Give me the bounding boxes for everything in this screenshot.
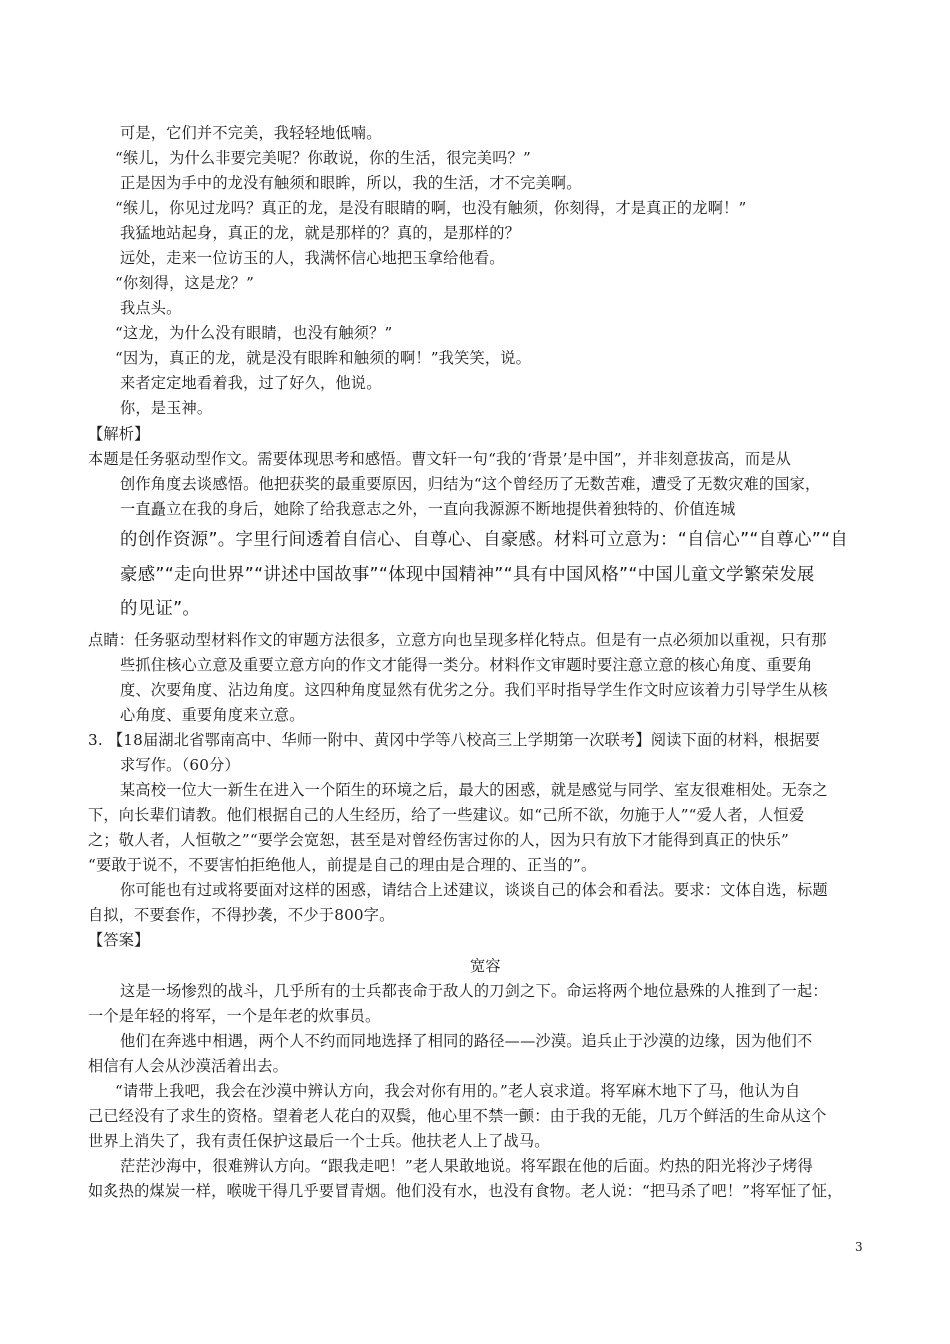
essay-line: 己已经没有了求生的资格。望着老人花白的双鬓，他心里不禁一颤：由于我的无能，几万个… [88, 1106, 827, 1126]
essay-line: 世界上消失了，我有责任保护这最后一个士兵。他扶老人上了战马。 [88, 1131, 550, 1151]
story-line: 我点头。 [120, 298, 182, 318]
document-page: 可是，它们并不完美，我轻轻地低喃。 “缑儿，为什么非要完美呢？你敢说，你的生活，… [0, 0, 950, 1344]
comment-line: 点睛：任务驱动型材料作文的审题方法很多，立意方向也呈现多样化特点。但是有一点必须… [88, 630, 827, 650]
essay-line: 如炙热的煤炭一样，喉咙干得几乎要冒青烟。他们没有水，也没有食物。老人说：“把马杀… [88, 1181, 843, 1201]
story-line: 可是，它们并不完美，我轻轻地低喃。 [120, 123, 382, 143]
answer-label: 【答案】 [88, 930, 150, 950]
analysis-line: 本题是任务驱动型作文。需要体现思考和感悟。曹文轩一句“我的‘背景’是中国”，并非… [88, 449, 791, 469]
analysis-line: 创作角度去谈感悟。他把获奖的最重要原因，归结为“这个曾经历了无数苦难，遭受了无数… [120, 474, 820, 494]
question-line: 某高校一位大一新生在进入一个陌生的环境之后，最大的困惑，就是感觉与同学、室友很难… [120, 780, 828, 800]
essay-line: 他们在奔逃中相遇，两个人不约而同地选择了相同的路径——沙漠。追兵止于沙漠的边缘，… [120, 1031, 812, 1051]
comment-line: 些抓住核心立意及重要立意方向的作文才能得一类分。材料作文审题时要注意立意的核心角… [120, 655, 812, 675]
analysis-bold-line: 的创作资源”。字里行间透着自信心、自尊心、自豪感。材料可立意为：“自信心”“自尊… [120, 527, 848, 553]
analysis-bold-line: 的见证”。 [120, 596, 200, 622]
comment-line: 度、次要角度、沾边角度。这四种角度显然有优劣之分。我们平时指导学生作文时应该着力… [120, 680, 828, 700]
comment-line: 心角度、重要角度来立意。 [120, 705, 305, 725]
question-line: 求写作。（60分） [120, 755, 240, 775]
story-line: 你，是玉神。 [120, 398, 212, 418]
story-line: 我猛地站起身，真正的龙，就是那样的？真的，是那样的？ [120, 223, 520, 243]
essay-line: 这是一场惨烈的战斗，几乎所有的士兵都丧命于敌人的刀剑之下。命运将两个地位悬殊的人… [120, 981, 828, 1001]
story-line: 来者定定地看着我，过了好久，他说。 [120, 373, 382, 393]
question-line: 下，向长辈们请教。他们根据自己的人生经历，给了一些建议。如“己所不欲，勿施于人”… [88, 805, 804, 825]
question-line: 你可能也有过或将要面对这样的困惑，请结合上述建议，谈谈自己的体会和看法。要求：文… [120, 880, 828, 900]
story-line: “你刻得，这是龙？” [115, 273, 254, 293]
analysis-label: 【解析】 [88, 424, 150, 444]
analysis-line: 一直矗立在我的身后，她除了给我意志之外，一直向我源源不断地提供着独特的、价值连城 [120, 499, 736, 519]
question-line: 自拟，不要套作，不得抄袭，不少于800字。 [88, 905, 395, 925]
story-line: “因为，真正的龙，就是没有眼眸和触须的啊！”我笑笑，说。 [115, 348, 531, 368]
story-line: “缑儿，为什么非要完美呢？你敢说，你的生活，很完美吗？” [115, 148, 531, 168]
story-line: 正是因为手中的龙没有触须和眼眸，所以，我的生活，才不完美啊。 [120, 173, 582, 193]
question-heading: 3. 【18届湖北省鄂南高中、华师一附中、黄冈中学等八校高三上学期第一次联考】阅… [88, 730, 820, 750]
story-line: “缑儿，你见过龙吗？真正的龙，是没有眼睛的啊，也没有触须，你刻得，才是真正的龙啊… [115, 198, 746, 218]
essay-line: 一个是年轻的将军，一个是年老的炊事员。 [88, 1006, 380, 1026]
essay-line: “请带上我吧，我会在沙漠中辨认方向，我会对你有用的。”老人哀求道。将军麻木地下了… [115, 1081, 800, 1101]
page-number: 3 [855, 1240, 863, 1254]
essay-title: 宽容 [470, 956, 501, 976]
essay-line: 茫茫沙海中，很难辨认方向。“跟我走吧！”老人果敢地说。将军跟在他的后面。灼热的阳… [120, 1156, 813, 1176]
essay-line: 相信有人会从沙漠活着出去。 [88, 1056, 288, 1076]
question-line: 之；敬人者，人恒敬之”“要学会宽恕，甚至是对曾经伤害过你的人，因为只有放下才能得… [88, 830, 789, 850]
analysis-bold-line: 豪感”“走向世界”“讲述中国故事”“体现中国精神”“具有中国风格”“中国儿童文学… [120, 562, 815, 588]
story-line: “这龙，为什么没有眼睛，也没有触须？” [115, 323, 393, 343]
question-line: “要敢于说不，不要害怕拒绝他人，前提是自己的理由是合理的、正当的”。 [88, 855, 596, 875]
story-line: 远处，走来一位访玉的人，我满怀信心地把玉拿给他看。 [120, 248, 505, 268]
